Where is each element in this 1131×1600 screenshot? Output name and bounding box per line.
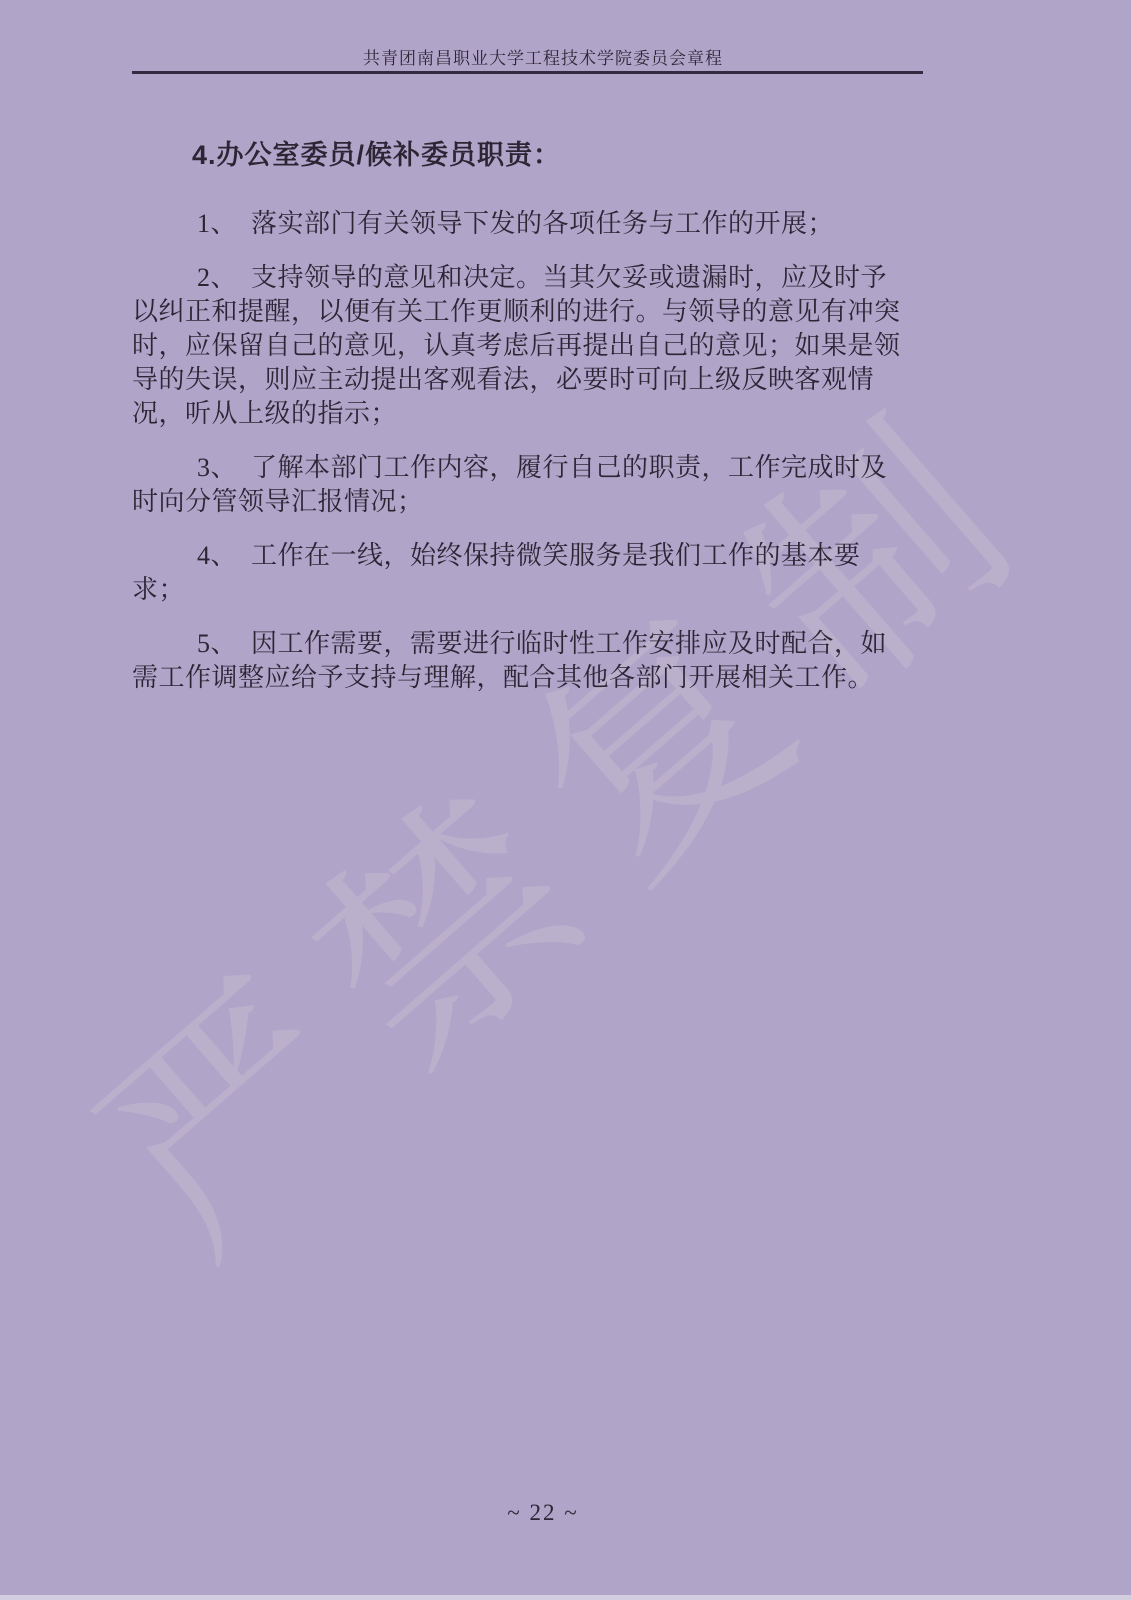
page-bottom-edge: [0, 1595, 1131, 1600]
section-heading: 4.办公室委员/候补委员职责：: [132, 138, 924, 172]
document-page: 严禁复制 共青团南昌职业大学工程技术学院委员会章程 4.办公室委员/候补委员职责…: [0, 0, 1131, 1600]
list-item: 5、 因工作需要，需要进行临时性工作安排应及时配合，如 需工作调整应给予支持与理…: [132, 627, 924, 695]
list-item: 4、 工作在一线，始终保持微笑服务是我们工作的基本要 求；: [132, 539, 924, 607]
page-number: ~ 22 ~: [132, 1500, 954, 1526]
running-header-title: 共青团南昌职业大学工程技术学院委员会章程: [132, 44, 954, 69]
list-item: 3、 了解本部门工作内容，履行自己的职责，工作完成时及 时向分管领导汇报情况；: [132, 451, 924, 519]
list-item: 1、 落实部门有关领导下发的各项任务与工作的开展；: [132, 207, 924, 241]
document-body: 4.办公室委员/候补委员职责： 1、 落实部门有关领导下发的各项任务与工作的开展…: [132, 138, 924, 715]
list-item: 2、 支持领导的意见和决定。当其欠妥或遗漏时，应及时予 以纠正和提醒，以便有关工…: [132, 261, 924, 431]
header-rule: [132, 71, 923, 74]
numbered-list: 1、 落实部门有关领导下发的各项任务与工作的开展；2、 支持领导的意见和决定。当…: [132, 207, 924, 695]
